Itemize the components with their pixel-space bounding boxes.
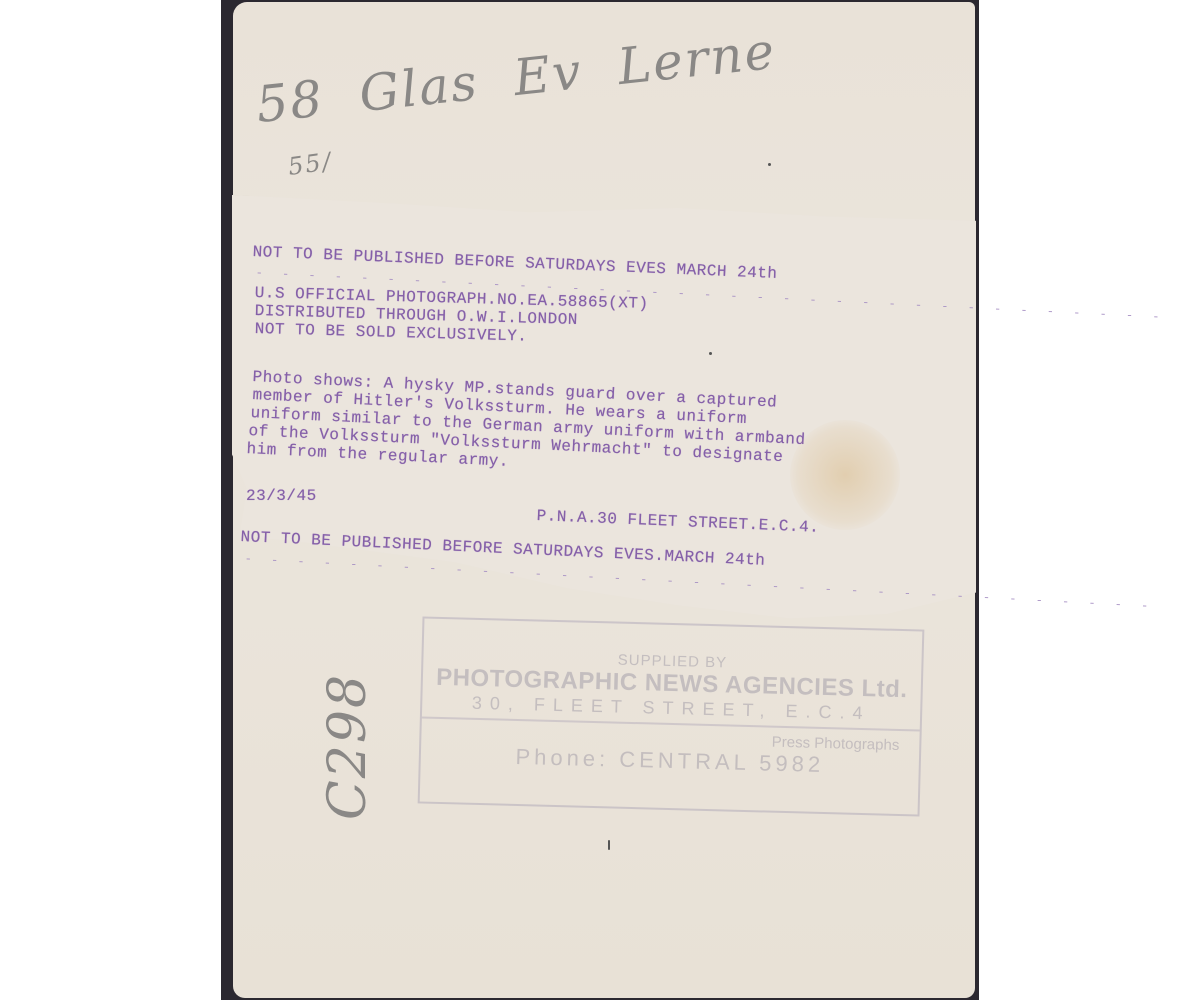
pencil-side-code: C298 bbox=[318, 673, 378, 820]
date-stamp: 23/3/45 bbox=[246, 487, 317, 505]
pencil-word: Glas bbox=[356, 53, 481, 123]
speck bbox=[768, 163, 771, 166]
speck bbox=[709, 352, 712, 355]
agency-rubber-stamp: SUPPLIED BY PHOTOGRAPHIC NEWS AGENCIES L… bbox=[418, 616, 925, 816]
speck bbox=[608, 840, 610, 850]
pencil-number: 58 bbox=[253, 69, 326, 134]
pencil-word: Ev bbox=[511, 42, 585, 107]
stain-mark bbox=[790, 420, 900, 530]
